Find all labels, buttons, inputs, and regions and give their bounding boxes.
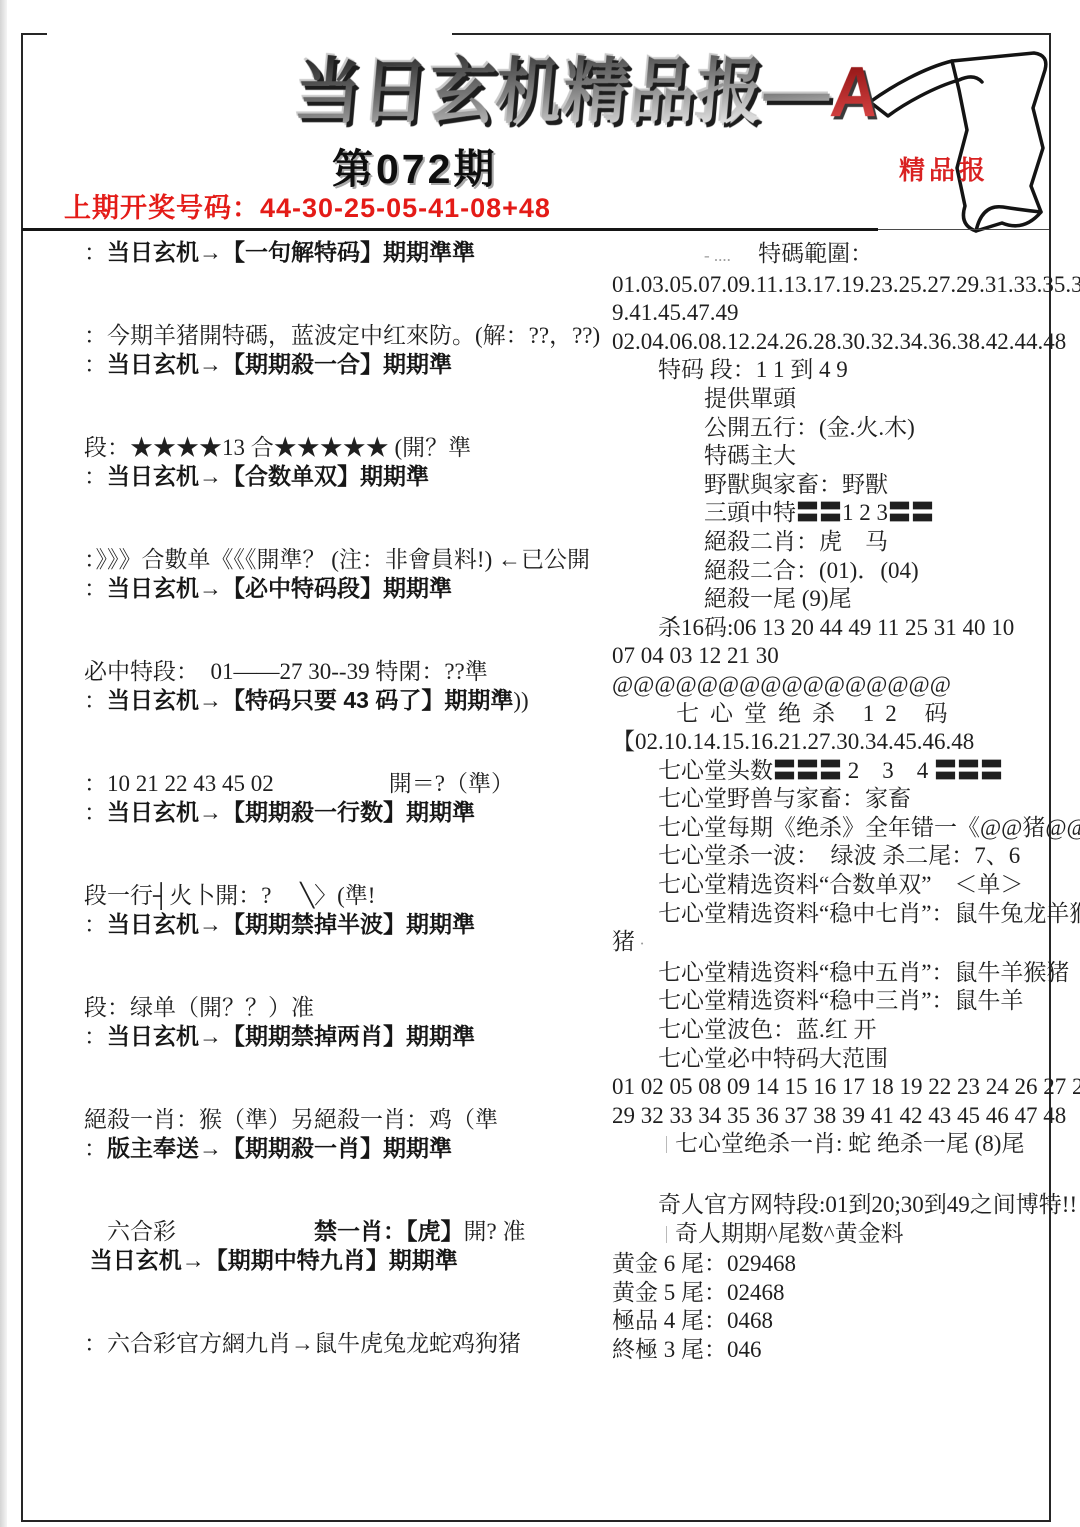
- header-rule-thin: [878, 229, 1049, 230]
- text-segment: 杀16码:06 13 20 44 49 11 25 31 40 10: [658, 615, 1014, 640]
- text-line: 七心堂头数〓〓〓 2 3 4 〓〓〓: [612, 757, 1057, 786]
- text-segment: 01.03.05.07.09.11.13.17.19.23.25.27.29.3…: [612, 272, 1080, 297]
- text-segment: 公開五行：(金.火.木): [704, 415, 915, 440]
- text-line: 六合彩 禁一肖：【虎】開? 准: [62, 1217, 610, 1246]
- text-segment: 七心堂绝杀一肖: 蛇 绝杀一尾 (8)尾: [675, 1131, 1024, 1156]
- text-line: 絕殺二合：(01)．(04): [612, 557, 1057, 586]
- bold-text-segment: 当日玄机→【必中特码段】期期準: [107, 575, 452, 601]
- text-line: 七心堂必中特码大范围: [612, 1045, 1057, 1074]
- text-segment: 七心堂精选资料“稳中五肖”：鼠牛羊猴猪: [658, 960, 1069, 985]
- text-segment: 三頭中特: [704, 500, 796, 525]
- text-segment: )): [513, 688, 528, 713]
- text-line: 提供單頭: [612, 385, 1057, 414]
- text-segment: 段：★★★★13 合★★★★★ (開？準: [84, 435, 471, 460]
- scroll-ribbon-graphic: [862, 46, 1054, 238]
- text-line: 七心堂精选资料“稳中七肖”：鼠牛兔龙羊猴: [612, 900, 1057, 929]
- header-rule-thick: [22, 228, 878, 231]
- text-line: 七心堂精选资料“稳中三肖”：鼠牛羊: [612, 987, 1057, 1016]
- text-segment: 七心堂头数: [658, 758, 773, 783]
- text-segment: ：》》》合數单《《《開準？ (注：非會員料!) ←已公開: [84, 547, 590, 572]
- bold-text-segment: 当日玄机→【一句解特码】期期準準: [107, 239, 475, 265]
- text-segment: ：今期羊猪開特碼，蓝波定中红來防。(解：??，??): [84, 323, 600, 348]
- text-segment: @@@@@@@@@@@@@@@@: [612, 672, 951, 697]
- ribbon-label: 精品报: [899, 150, 989, 187]
- text-line: 七心堂波色：蓝.红 开: [612, 1016, 1057, 1045]
- text-segment: 絕殺一肖：猴（準）另絕殺一肖：鸡（準: [84, 1107, 498, 1132]
- left-tip-block: 段：绿单（開？？）准：当日玄机→【期期禁掉两肖】期期準: [62, 993, 610, 1051]
- text-segment: 必中特段： 01——27 30--39 特閑：??準: [84, 659, 488, 684]
- text-segment: ：: [84, 576, 107, 601]
- text-line: 29 32 33 34 35 36 37 38 39 41 42 43 45 4…: [612, 1102, 1057, 1131]
- text-line: 必中特段： 01——27 30--39 特閑：??準: [62, 657, 610, 686]
- text-line: 黄金 6 尾：029468: [612, 1250, 1057, 1279]
- text-line: ：当日玄机→【期期禁掉半波】期期準: [62, 910, 610, 939]
- text-line: 段：★★★★13 合★★★★★ (開？準: [62, 433, 610, 462]
- text-segment: 終極 3 尾：046: [612, 1337, 762, 1362]
- text-segment: ｜: [658, 1136, 675, 1155]
- text-segment: ：: [84, 240, 107, 265]
- text-segment: ：: [84, 1024, 107, 1049]
- last-draw-numbers: 44-30-25-05-41-08+48: [260, 193, 551, 223]
- text-line: ｜七心堂绝杀一肖: 蛇 绝杀一尾 (8)尾: [612, 1130, 1057, 1161]
- left-tip-block: ：六合彩官方網九肖→鼠牛虎兔龙蛇鸡狗猪: [62, 1329, 610, 1358]
- text-segment: ：六合彩官方網九肖→鼠牛虎兔龙蛇鸡狗猪: [84, 1331, 521, 1356]
- text-line: 02.04.06.08.12.24.26.28.30.32.34.36.38.4…: [612, 328, 1057, 357]
- last-draw-label: 上期开奖号码：: [64, 193, 260, 223]
- text-line: 特碼主大: [612, 442, 1057, 471]
- text-segment: 1 2 3: [842, 500, 888, 525]
- text-line: ：当日玄机→【期期殺一行数】期期準: [62, 798, 610, 827]
- text-segment: 〓〓〓: [773, 758, 842, 783]
- text-segment: 提供單頭: [704, 386, 796, 411]
- page-border-left: [21, 33, 23, 1522]
- text-line: 絕殺二肖：虎 马: [612, 528, 1057, 557]
- text-segment: ：: [84, 1136, 107, 1161]
- left-tip-block: ：》》》合數单《《《開準？ (注：非會員料!) ←已公開：当日玄机→【必中特码段…: [62, 545, 610, 603]
- text-segment: 29 32 33 34 35 36 37 38 39 41 42 43 45 4…: [612, 1103, 1066, 1128]
- text-segment: 特碼主大: [704, 443, 796, 468]
- text-line: ：今期羊猪開特碼，蓝波定中红來防。(解：??，??): [62, 321, 610, 350]
- text-line: ：》》》合數单《《《開準？ (注：非會員料!) ←已公開: [62, 545, 610, 574]
- text-line: 公開五行：(金.火.木): [612, 414, 1057, 443]
- left-tip-block: 必中特段： 01——27 30--39 特閑：??準：当日玄机→【特码只要 43…: [62, 657, 610, 715]
- text-line: 黄金 5 尾：02468: [612, 1279, 1057, 1308]
- text-segment: ：: [84, 352, 107, 377]
- bold-text-segment: 当日玄机→【期期禁掉两肖】期期準: [107, 1023, 475, 1049]
- bold-text-segment: 当日玄机→【特码只要 43 码了】期期準: [107, 687, 513, 713]
- text-line: 特码 段：1 1 到 4 9: [612, 356, 1057, 385]
- text-line: ：当日玄机→【期期殺一合】期期準: [62, 350, 610, 379]
- bold-text-segment: 版主奉送→【期期殺一肖】期期準: [107, 1135, 452, 1161]
- text-segment: 開? 准: [464, 1219, 526, 1244]
- text-segment: 〓〓: [888, 500, 934, 525]
- text-segment: 黄金 5 尾：02468: [612, 1280, 785, 1305]
- text-segment: 絕殺二肖：虎 马: [704, 529, 888, 554]
- text-line: 七心堂绝杀 12 码: [612, 700, 1057, 729]
- text-line: 当日玄机→【期期中特九肖】期期準: [62, 1246, 610, 1275]
- text-line: ｜奇人期期^尾数^黄金料: [612, 1220, 1057, 1251]
- left-tip-block: 段：★★★★13 合★★★★★ (開？準：当日玄机→【合数单双】期期準: [62, 433, 610, 491]
- text-segment: 七心堂野兽与家畜：家畜: [658, 786, 911, 811]
- text-line: ：版主奉送→【期期殺一肖】期期準: [62, 1134, 610, 1163]
- text-segment: 奇人期期^尾数^黄金料: [675, 1221, 904, 1246]
- text-segment: 七心堂精选资料“稳中七肖”：鼠牛兔龙羊猴: [658, 901, 1080, 926]
- text-segment: ：: [84, 464, 107, 489]
- text-segment: ｜: [658, 1226, 675, 1245]
- page-title: 当日玄机精品报—A: [291, 34, 885, 137]
- title-main: 当日玄机精品报: [291, 51, 767, 131]
- text-line: ：当日玄机→【必中特码段】期期準: [62, 574, 610, 603]
- text-line: ：当日玄机→【合数单双】期期準: [62, 462, 610, 491]
- last-draw-line: 上期开奖号码：44-30-25-05-41-08+48: [64, 186, 551, 225]
- bold-text-segment: 当日玄机→【期期禁掉半波】期期準: [107, 911, 475, 937]
- text-line: 9.41.45.47.49: [612, 299, 1057, 328]
- text-line: 07 04 03 12 21 30: [612, 642, 1057, 671]
- text-line: 絕殺一肖：猴（準）另絕殺一肖：鸡（準: [62, 1105, 610, 1134]
- text-segment: 極品 4 尾：0468: [612, 1308, 773, 1333]
- text-line: 七心堂杀一波： 绿波 杀二尾：7、6: [612, 842, 1057, 871]
- text-line: 極品 4 尾：0468: [612, 1307, 1057, 1336]
- bold-text-segment: 当日玄机→【期期中特九肖】期期準: [90, 1247, 458, 1273]
- text-segment: 2 3 4: [842, 758, 934, 783]
- text-segment: 絕殺一尾 (9)尾: [704, 586, 852, 611]
- text-segment: ：: [84, 800, 107, 825]
- text-segment: 七心堂波色：蓝.红 开: [658, 1017, 877, 1042]
- text-line: 絕殺一尾 (9)尾: [612, 585, 1057, 614]
- text-line: @@@@@@@@@@@@@@@@: [612, 671, 1057, 700]
- text-segment: - ....: [704, 246, 735, 265]
- text-line: 段一行┤火卜開：? ╲〉(準!: [62, 881, 610, 910]
- text-segment: 特碼範圍：: [735, 241, 873, 266]
- text-line: 01.03.05.07.09.11.13.17.19.23.25.27.29.3…: [612, 271, 1057, 300]
- text-segment: 02.04.06.08.12.24.26.28.30.32.34.36.38.4…: [612, 329, 1066, 354]
- text-segment: 猪: [612, 929, 635, 954]
- text-line: - .... 特碼範圍：: [612, 240, 1057, 271]
- text-segment: 9.41.45.47.49: [612, 300, 739, 325]
- text-segment: 段：绿单（開？？）准: [84, 995, 314, 1020]
- text-segment: 奇人官方网特段:01到20;30到49之间博特!!: [658, 1192, 1077, 1217]
- text-segment: 01 02 05 08 09 14 15 16 17 18 19 22 23 2…: [612, 1074, 1080, 1099]
- bold-text-segment: 禁一肖：【虎】: [314, 1218, 464, 1244]
- page-border-top-stub: [21, 33, 47, 35]
- text-segment: 特码 段：1 1 到 4 9: [658, 357, 848, 382]
- text-line: 七心堂野兽与家畜：家畜: [612, 785, 1057, 814]
- text-line: ：10 21 22 43 45 02 開＝?（準）: [62, 769, 610, 798]
- text-segment: 〓〓〓: [934, 758, 1003, 783]
- left-tip-block: ：今期羊猪開特碼，蓝波定中红來防。(解：??，??)：当日玄机→【期期殺一合】期…: [62, 321, 610, 379]
- text-line: 三頭中特〓〓1 2 3〓〓: [612, 499, 1057, 528]
- text-line: 01 02 05 08 09 14 15 16 17 18 19 22 23 2…: [612, 1073, 1057, 1102]
- left-tip-block: 六合彩 禁一肖：【虎】開? 准 当日玄机→【期期中特九肖】期期準: [62, 1217, 610, 1275]
- page-border-bottom: [21, 1520, 1051, 1522]
- text-segment: 絕殺二合：(01)．(04): [704, 558, 919, 583]
- text-line: 猪 ·: [612, 928, 1057, 959]
- text-segment: 七心堂绝杀 12 码: [676, 701, 959, 726]
- bold-text-segment: 当日玄机→【期期殺一行数】期期準: [107, 799, 475, 825]
- text-segment: 〓〓: [796, 500, 842, 525]
- text-segment: 七心堂每期《绝杀》全年错一《@@猪@@》: [658, 815, 1080, 840]
- left-tip-block: 段一行┤火卜開：? ╲〉(準!：当日玄机→【期期禁掉半波】期期準: [62, 881, 610, 939]
- text-line: 奇人官方网特段:01到20;30到49之间博特!!: [612, 1191, 1057, 1220]
- text-line: 終極 3 尾：046: [612, 1336, 1057, 1365]
- text-line: 七心堂每期《绝杀》全年错一《@@猪@@》: [612, 814, 1057, 843]
- text-segment: ：: [84, 688, 107, 713]
- text-segment: ：10 21 22 43 45 02 開＝?（準）: [84, 771, 514, 796]
- bold-text-segment: 当日玄机→【合数单双】期期準: [107, 463, 429, 489]
- title-accent-letter: A: [827, 51, 883, 131]
- text-segment: 七心堂精选资料“合数单双” ＜单＞: [658, 872, 1023, 897]
- text-segment: 07 04 03 12 21 30: [612, 643, 779, 668]
- text-segment: 六合彩: [84, 1219, 314, 1244]
- left-tip-block: 絕殺一肖：猴（準）另絕殺一肖：鸡（準：版主奉送→【期期殺一肖】期期準: [62, 1105, 610, 1163]
- left-tip-block: ：10 21 22 43 45 02 開＝?（準）：当日玄机→【期期殺一行数】期…: [62, 769, 610, 827]
- text-segment: 【02.10.14.15.16.21.27.30.34.45.46.48: [612, 729, 974, 754]
- text-line: ：当日玄机→【特码只要 43 码了】期期準)): [62, 686, 610, 715]
- text-line: 七心堂精选资料“合数单双” ＜单＞: [612, 871, 1057, 900]
- text-segment: 黄金 6 尾：029468: [612, 1251, 796, 1276]
- text-line: 段：绿单（開？？）准: [62, 993, 610, 1022]
- text-line: 七心堂精选资料“稳中五肖”：鼠牛羊猴猪: [612, 959, 1057, 988]
- bold-text-segment: 当日玄机→【期期殺一合】期期準: [107, 351, 452, 377]
- text-line: ：当日玄机→【期期禁掉两肖】期期準: [62, 1022, 610, 1051]
- title-dash: —: [760, 51, 834, 131]
- text-segment: 段一行┤火卜開：? ╲〉(準!: [84, 883, 375, 908]
- text-line: ：六合彩官方網九肖→鼠牛虎兔龙蛇鸡狗猪: [62, 1329, 610, 1358]
- right-column: - .... 特碼範圍：01.03.05.07.09.11.13.17.19.2…: [612, 240, 1057, 1365]
- text-line: 【02.10.14.15.16.21.27.30.34.45.46.48: [612, 728, 1057, 757]
- scan-edge-shadow: [0, 0, 7, 1527]
- text-segment: ：: [84, 912, 107, 937]
- text-segment: 七心堂精选资料“稳中三肖”：鼠牛羊: [658, 988, 1023, 1013]
- text-segment: 野獸與家畜：野獸: [704, 472, 888, 497]
- text-segment: ·: [635, 934, 645, 953]
- left-tip-block: ：当日玄机→【一句解特码】期期準準: [62, 238, 610, 267]
- text-line: 杀16码:06 13 20 44 49 11 25 31 40 10: [612, 614, 1057, 643]
- text-line: ：当日玄机→【一句解特码】期期準準: [62, 238, 610, 267]
- text-line: 野獸與家畜：野獸: [612, 471, 1057, 500]
- text-segment: 七心堂必中特码大范围: [658, 1046, 888, 1071]
- left-column: ：当日玄机→【一句解特码】期期準準：今期羊猪開特碼，蓝波定中红來防。(解：??，…: [62, 238, 610, 1412]
- text-segment: 七心堂杀一波： 绿波 杀二尾：7、6: [658, 843, 1020, 868]
